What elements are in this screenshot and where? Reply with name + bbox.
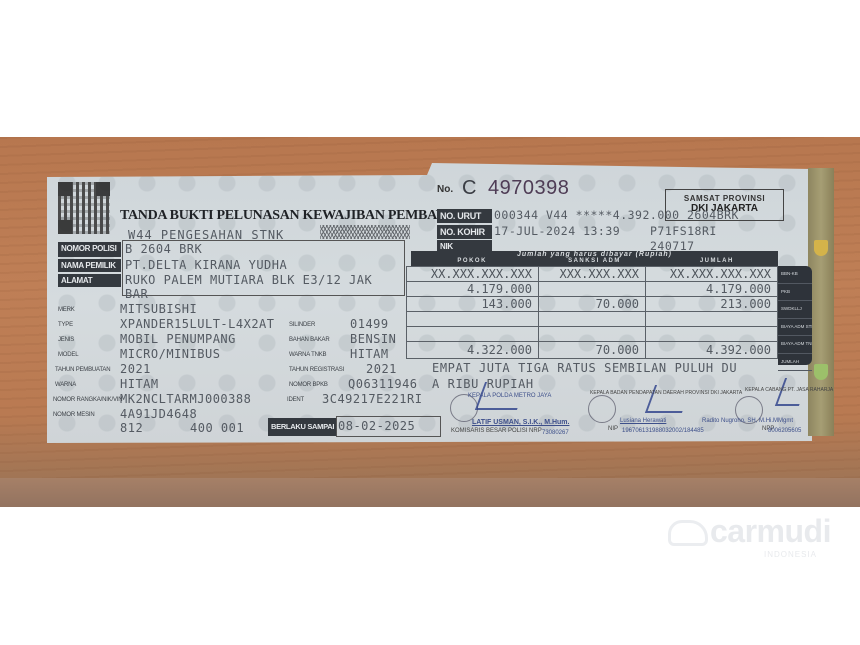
- jenis-label: JENIS: [58, 337, 74, 343]
- tag-bbn-kb: BBN-KB: [778, 266, 812, 284]
- table-row: 4.179.000 4.179.000: [407, 282, 778, 297]
- signatory-1-id: 73080267: [542, 430, 569, 436]
- signatory-1-title: KEPALA POLDA METRO JAYA: [468, 393, 551, 399]
- warna-value: HITAM: [120, 377, 159, 391]
- no-urut-label: NO. URUT: [437, 209, 492, 223]
- tag-adm-stnk: BIAYA ADM STNK: [778, 319, 812, 337]
- bahan-bakar-value: BENSIN: [350, 332, 396, 346]
- payment-columns: POKOK SANKSI ADM JUMLAH: [411, 258, 778, 264]
- alamat-line1: RUKO PALEM MUTIARA BLK E3/12 JAK: [125, 273, 372, 287]
- table-edge: [0, 478, 860, 507]
- cell-sanksi: [539, 327, 646, 342]
- cell-sanksi: [539, 282, 646, 297]
- model-value: MICRO/MINIBUS: [120, 347, 220, 361]
- dki-emblem-icon: [588, 395, 616, 423]
- warna-label: WARNA: [55, 382, 76, 388]
- cell-jumlah: XX.XXX.XXX.XXX: [645, 267, 777, 282]
- nomor-rangka-label: NOMOR RANGKA/NIK/VIN: [53, 397, 122, 403]
- cell-pokok: XX.XXX.XXX.XXX: [407, 267, 539, 282]
- payment-row-tags: BBN-KB PKB SWDKLLJ BIAYA ADM STNK BIAYA …: [778, 266, 812, 365]
- nomor-bpkb-value: Q06311946: [348, 377, 418, 391]
- code-b: 400 001: [190, 421, 244, 435]
- col-jumlah: JUMLAH: [656, 258, 778, 264]
- nomor-polisi-label: NOMOR POLISI: [58, 242, 121, 257]
- signatory-3-id: 8006205605: [768, 428, 801, 434]
- document-title: TANDA BUKTI PELUNASAN KEWAJIBAN PEMBAYAR…: [120, 208, 483, 224]
- tahun-registrasi-label: TAHUN REGISTRASI: [289, 367, 344, 373]
- nama-pemilik-label: NAMA PEMILIK: [58, 259, 121, 272]
- berlaku-sampai-label: BERLAKU SAMPAI: [268, 418, 336, 436]
- number-series: C: [462, 177, 476, 200]
- table-row-total: 4.322.000 70.000 4.392.000: [407, 342, 778, 359]
- type-value: XPANDER15LULT-L4X2AT: [120, 317, 275, 331]
- table-row: [407, 312, 778, 327]
- col-sanksi-adm: SANKSI ADM: [533, 258, 655, 264]
- security-barcode: [320, 225, 410, 239]
- bahan-bakar-label: BAHAN BAKAR: [289, 337, 329, 343]
- signatory-1-position: KOMISARIS BESAR POLISI NRP: [451, 428, 542, 434]
- cell-pokok: 4.179.000: [407, 282, 539, 297]
- silinder-value: 01499: [350, 317, 389, 331]
- tag-adm-tnkb: BIAYA ADM TNKB: [778, 336, 812, 354]
- signatory-2-position: NIP: [608, 426, 618, 432]
- nomor-mesin-value: 4A91JD4648: [120, 407, 197, 421]
- signatory-2-title: KEPALA BADAN PENDAPATAN DAERAH PROVINSI …: [590, 390, 742, 396]
- type-label: TYPE: [58, 322, 73, 328]
- number-label: No.: [437, 184, 453, 195]
- cell-pokok: [407, 312, 539, 327]
- cell-sanksi: 70.000: [539, 297, 646, 312]
- cell-pokok: [407, 327, 539, 342]
- samsat-line1: SAMSAT PROVINSI: [666, 194, 783, 203]
- hologram-seal-icon: [814, 240, 828, 256]
- terbilang-line1: EMPAT JUTA TIGA RATUS SEMBILAN PULUH DU: [432, 360, 832, 376]
- kohir-code: P71FS18RI: [650, 224, 717, 238]
- signatory-2-id: 196706131988032002/184485: [622, 428, 704, 434]
- berlaku-sampai-value: 08-02-2025: [338, 419, 415, 433]
- no-kohir-value: 17-JUL-2024 13:39: [494, 224, 620, 238]
- tahun-pembuatan-value: 2021: [120, 362, 151, 376]
- nama-pemilik-value: PT.DELTA KIRANA YUDHA: [125, 258, 287, 272]
- table-row: 143.000 70.000 213.000: [407, 297, 778, 312]
- alamat-line2: BAR: [125, 287, 148, 301]
- cell-jumlah: 213.000: [645, 297, 777, 312]
- no-urut-value: 000344 V44 *****4.392.000 2604BRK: [494, 208, 739, 222]
- tahun-registrasi-value: 2021: [366, 362, 397, 376]
- watermark-brand: carmudi: [710, 513, 831, 550]
- ident-value: 3C49217E221RI: [322, 392, 422, 406]
- payment-table: XX.XXX.XXX.XXX XXX.XXX.XXX XX.XXX.XXX.XX…: [406, 266, 778, 359]
- nomor-polisi-value: B 2604 BRK: [125, 242, 202, 256]
- cell-jumlah: [645, 327, 777, 342]
- cell-sanksi: 70.000: [539, 342, 646, 359]
- col-pokok: POKOK: [411, 258, 533, 264]
- table-row: [407, 327, 778, 342]
- nomor-mesin-label: NOMOR MESIN: [53, 412, 94, 418]
- signatory-1-name: LATIF USMAN, S.I.K., M.Hum.: [472, 419, 569, 426]
- cell-jumlah: 4.392.000: [645, 342, 777, 359]
- warna-tnkb-label: WARNA TNKB: [289, 352, 326, 358]
- tag-pkb: PKB: [778, 284, 812, 302]
- watermark-sub: INDONESIA: [764, 550, 831, 559]
- cell-sanksi: [539, 312, 646, 327]
- cell-pokok: 4.322.000: [407, 342, 539, 359]
- tahun-pembuatan-label: TAHUN PEMBUATAN: [55, 367, 110, 373]
- nomor-rangka-value: MK2NCLTARMJ000388: [120, 392, 251, 406]
- cell-pokok: 143.000: [407, 297, 539, 312]
- cell-sanksi: XXX.XXX.XXX: [539, 267, 646, 282]
- signatory-3-name: Radito Nugroho, SH, M.Hi.MMgmt: [702, 418, 793, 424]
- table-row: XX.XXX.XXX.XXX XXX.XXX.XXX XX.XXX.XXX.XX…: [407, 267, 778, 282]
- code-a: 812: [120, 421, 143, 435]
- cell-jumlah: 4.179.000: [645, 282, 777, 297]
- cell-jumlah: [645, 312, 777, 327]
- signatory-3-title: KEPALA CABANG PT. JASA RAHARJA: [745, 387, 833, 393]
- merk-label: MERK: [58, 307, 75, 313]
- carmudi-watermark: carmudi INDONESIA: [668, 513, 831, 559]
- document-number: 4970398: [488, 177, 569, 200]
- qr-code-icon: [58, 182, 110, 234]
- signatory-2-name: Lusiana Herawati: [620, 418, 666, 424]
- tag-swdkllj: SWDKLLJ: [778, 301, 812, 319]
- silinder-label: SILINDER: [289, 322, 315, 328]
- alamat-label: ALAMAT: [58, 274, 121, 287]
- nomor-bpkb-label: NOMOR BPKB: [289, 382, 328, 388]
- ident-label: IDENT: [287, 397, 304, 403]
- warna-tnkb-value: HITAM: [350, 347, 389, 361]
- merk-value: MITSUBISHI: [120, 302, 197, 316]
- jenis-value: MOBIL PENUMPANG: [120, 332, 236, 346]
- no-kohir-label: NO. KOHIR: [437, 225, 492, 239]
- model-label: MODEL: [58, 352, 78, 358]
